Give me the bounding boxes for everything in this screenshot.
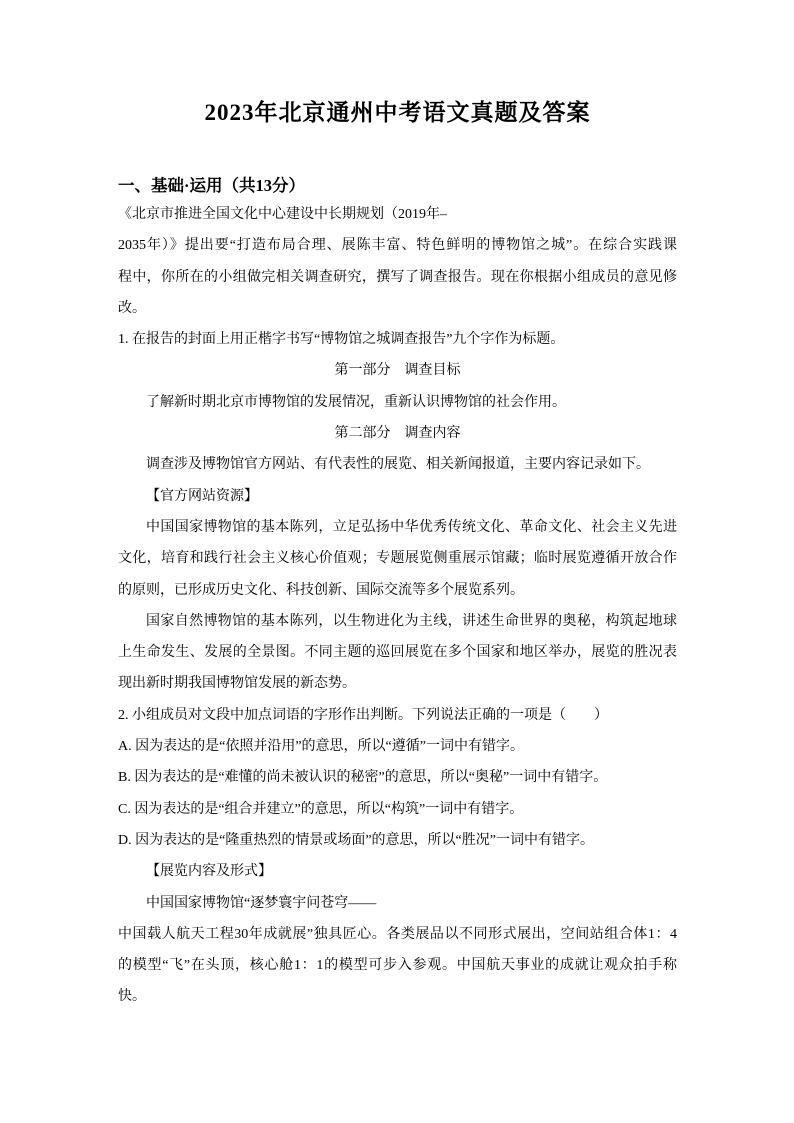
text-line: 中国载人航天工程30年成就展”独具匠心。各类展品以不同形式展出，空间站组合体1：… [118, 919, 677, 950]
text-line: 现出新时期我国博物馆发展的新态势。 [118, 668, 677, 699]
text-line: B. 因为表达的是“难懂的尚未被认识的秘密”的意思，所以“奥秘”一词中有错字。 [118, 762, 677, 793]
text-line: 1. 在报告的封面上用正楷字书写“博物馆之城调查报告”九个字作为标题。 [118, 324, 677, 355]
text-line: 2035年）》提出要“打造布局合理、展陈丰富、特色鲜明的博物馆之城”。在综合实践… [118, 230, 677, 261]
text-line: D. 因为表达的是“隆重热烈的情景或场面”的意思，所以“胜况”一词中有错字。 [118, 825, 677, 856]
document-content: 2023年北京通州中考语文真题及答案 一、基础·运用（共13分） 《北京市推进全… [118, 0, 677, 1013]
text-line: 调查涉及博物馆官方网站、有代表性的展览、相关新闻报道，主要内容记录如下。 [118, 449, 677, 480]
text-line: 中国国家博物馆的基本陈列，立足弘扬中华优秀传统文化、革命文化、社会主义先进 [118, 512, 677, 543]
text-line: 国家自然博物馆的基本陈列，以生物进化为主线，讲述生命世界的奥秘，构筑起地球 [118, 606, 677, 637]
document-title: 2023年北京通州中考语文真题及答案 [118, 98, 677, 128]
text-line: 改。 [118, 293, 677, 324]
text-line: 上生命发生、发展的全景图。不同主题的巡回展览在多个国家和地区举办，展览的胜况表 [118, 637, 677, 668]
text-line: 【展览内容及形式】 [118, 856, 677, 887]
text-line: 《北京市推进全国文化中心建设中长期规划（2019年– [118, 199, 677, 230]
document-page: 2023年北京通州中考语文真题及答案 一、基础·运用（共13分） 《北京市推进全… [0, 0, 794, 1123]
text-line: 程中，你所在的小组做完相关调查研究，撰写了调查报告。现在你根据小组成员的意见修 [118, 262, 677, 293]
text-line: 2. 小组成员对文段中加点词语的字形作出判断。下列说法正确的一项是（ ） [118, 700, 677, 731]
document-body: 《北京市推进全国文化中心建设中长期规划（2019年–2035年）》提出要“打造布… [118, 199, 677, 1013]
text-line: 第二部分 调查内容 [118, 418, 677, 449]
text-line: 第一部分 调查目标 [118, 355, 677, 386]
text-line: A. 因为表达的是“依照并沿用”的意思，所以“遵循”一词中有错字。 [118, 731, 677, 762]
section-heading: 一、基础·运用（共13分） [118, 173, 677, 199]
text-line: 了解新时期北京市博物馆的发展情况，重新认识博物馆的社会作用。 [118, 387, 677, 418]
text-line: C. 因为表达的是“组合并建立”的意思，所以“构筑”一词中有错字。 [118, 794, 677, 825]
text-line: 文化，培育和践行社会主义核心价值观；专题展览侧重展示馆藏；临时展览遵循开放合作 [118, 543, 677, 574]
text-line: 快。 [118, 981, 677, 1012]
text-line: 【官方网站资源】 [118, 481, 677, 512]
text-line: 的模型“飞”在头顶，核心舱1：1的模型可步入参观。中国航天事业的成就让观众拍手称 [118, 950, 677, 981]
text-line: 的原则，已形成历史文化、科技创新、国际交流等多个展览系列。 [118, 575, 677, 606]
text-line: 中国国家博物馆“逐梦寰宇问苍穹—— [118, 888, 677, 919]
